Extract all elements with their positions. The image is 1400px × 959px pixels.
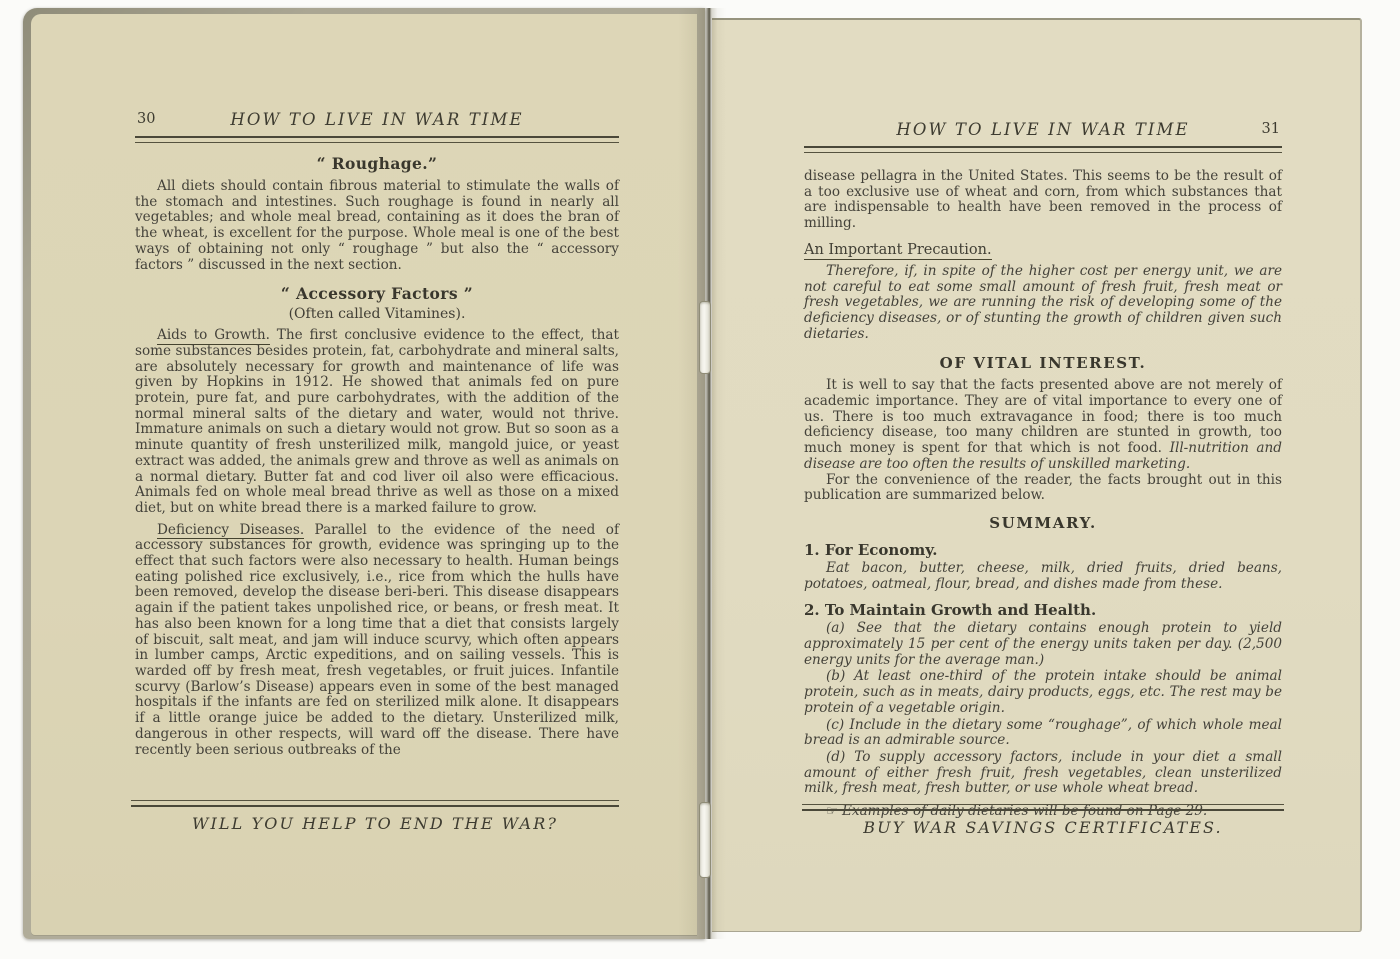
summary-item-1-heading: 1. For Economy. <box>804 541 1282 559</box>
summary-item-2b: (b) At least one-third of the protein in… <box>804 669 1282 716</box>
footer-rule-right <box>802 804 1284 811</box>
paragraph-precaution: Therefore, if, in spite of the higher co… <box>804 264 1282 343</box>
section-heading-accessory-factors: “ Accessory Factors ” <box>135 284 619 303</box>
page-number-30: 30 <box>137 111 155 127</box>
paragraph-roughage: All diets should contain fibrous materia… <box>135 179 619 273</box>
staple-top <box>699 301 711 374</box>
page-31: HOW TO LIVE IN WAR TIME 31 disease pella… <box>712 18 1362 931</box>
page-number-31: 31 <box>1262 121 1280 137</box>
summary-item-2-heading: 2. To Maintain Growth and Health. <box>804 601 1282 619</box>
summary-item-2a: (a) See that the dietary contains enough… <box>804 621 1282 668</box>
staple-bottom <box>699 802 711 878</box>
paragraph-deficiency-diseases: Deficiency Diseases. Parallel to the evi… <box>135 523 619 759</box>
page-30-content: 30 HOW TO LIVE IN WAR TIME “ Roughage.” … <box>135 110 619 758</box>
subheading-vitamines: (Often called Vitamines). <box>135 306 619 322</box>
paragraph-pellagra: disease pellagra in the United States. T… <box>804 169 1282 232</box>
scanned-booklet-spread: 30 HOW TO LIVE IN WAR TIME “ Roughage.” … <box>0 0 1400 959</box>
heading-important-precaution: An Important Precaution. <box>804 242 1282 258</box>
header-rule-right <box>804 146 1282 153</box>
page-30: 30 HOW TO LIVE IN WAR TIME “ Roughage.” … <box>31 14 697 935</box>
heading-important-precaution-text: An Important Precaution. <box>804 242 992 260</box>
summary-item-1-body: Eat bacon, butter, cheese, milk, dried f… <box>804 561 1282 592</box>
running-head-left: 30 HOW TO LIVE IN WAR TIME <box>135 110 619 129</box>
running-head-right: HOW TO LIVE IN WAR TIME 31 <box>804 120 1282 139</box>
summary-item-2d: (d) To supply accessory factors, include… <box>804 750 1282 797</box>
footer-rule-left <box>131 800 619 807</box>
paragraph-convenience: For the convenience of the reader, the f… <box>804 473 1282 504</box>
footer-slogan-right: BUY WAR SAVINGS CERTIFICATES. <box>802 818 1284 837</box>
paragraph-vital-interest: It is well to say that the facts present… <box>804 378 1282 472</box>
heading-of-vital-interest: OF VITAL INTEREST. <box>804 354 1282 372</box>
summary-item-2c: (c) Include in the dietary some “roughag… <box>804 718 1282 749</box>
heading-summary: SUMMARY. <box>804 514 1282 532</box>
page-31-content: HOW TO LIVE IN WAR TIME 31 disease pella… <box>804 120 1282 820</box>
running-title-left: HOW TO LIVE IN WAR TIME <box>230 110 523 129</box>
paragraph-deficiency-diseases-text: Parallel to the evidence of the need of … <box>135 522 619 758</box>
running-title-right: HOW TO LIVE IN WAR TIME <box>896 120 1189 139</box>
header-rule-left <box>135 136 619 143</box>
paragraph-aids-to-growth: Aids to Growth. The first conclusive evi… <box>135 328 619 516</box>
paragraph-aids-to-growth-text: The first conclusive evidence to the eff… <box>135 327 619 516</box>
footer-slogan-left: WILL YOU HELP TO END THE WAR? <box>131 814 619 833</box>
section-heading-roughage: “ Roughage.” <box>135 154 619 173</box>
